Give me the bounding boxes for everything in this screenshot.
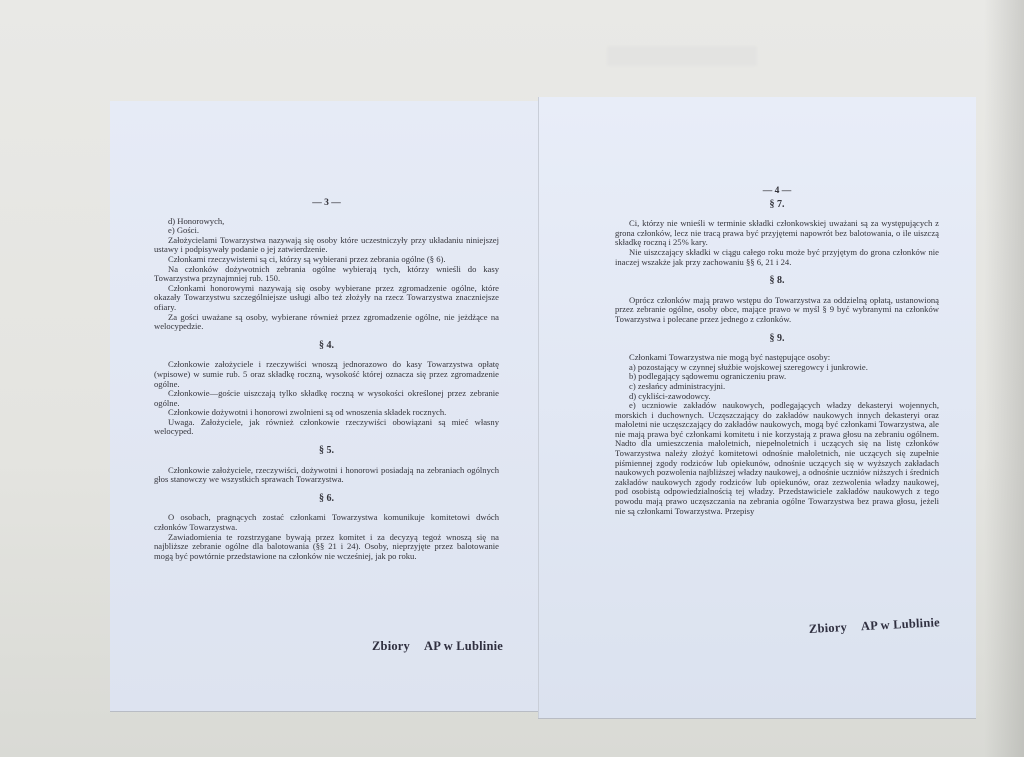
section-heading: § 8. bbox=[615, 276, 939, 286]
document-page-3: — 3 — d) Honorowych, e) Gości. Założycie… bbox=[110, 101, 540, 711]
stamp-text-collection: Zbiory bbox=[372, 639, 410, 653]
stamp-text-archive: AP w Lublinie bbox=[861, 615, 941, 633]
paragraph: Członkowie—goście uiszczają tylko składk… bbox=[154, 389, 499, 408]
paragraph: Ci, którzy nie wnieśli w terminie składk… bbox=[615, 219, 939, 248]
paragraph: Członkowie założyciele i rzeczywiści wno… bbox=[154, 360, 499, 389]
paragraph: Członkami honorowymi nazywają się osoby … bbox=[154, 284, 499, 313]
note-paragraph: Uwaga. Założyciele, jak również członkow… bbox=[154, 418, 499, 437]
stamp-text-archive: AP w Lublinie bbox=[424, 639, 503, 653]
list-item: d) Honorowych, bbox=[154, 217, 499, 227]
section-heading: § 7. bbox=[615, 200, 939, 210]
page-3-text: — 3 — d) Honorowych, e) Gości. Założycie… bbox=[154, 199, 499, 561]
stamp-text-collection: Zbiory bbox=[809, 620, 848, 636]
paragraph: Za gości uważane są osoby, wybierane rów… bbox=[154, 313, 499, 332]
background-shadow bbox=[984, 0, 1024, 757]
page-number: — 4 — bbox=[615, 187, 939, 197]
archive-stamp: ZbioryAP w Lublinie bbox=[372, 639, 503, 654]
paragraph: Oprócz członków mają prawo wstępu do Tow… bbox=[615, 296, 939, 325]
section-heading: § 9. bbox=[615, 334, 939, 344]
archive-stamp: ZbioryAP w Lublinie bbox=[809, 615, 941, 637]
section-heading: § 4. bbox=[154, 341, 499, 351]
paragraph: Zawiadomienia te rozstrzygane bywają prz… bbox=[154, 533, 499, 562]
list-item: e) uczniowie zakładów naukowych, podlega… bbox=[615, 401, 939, 516]
section-heading: § 6. bbox=[154, 494, 499, 504]
paragraph: Członkowie założyciele, rzeczywiści, doż… bbox=[154, 466, 499, 485]
paragraph: O osobach, pragnących zostać członkami T… bbox=[154, 513, 499, 532]
document-page-4: — 4 — § 7. Ci, którzy nie wnieśli w term… bbox=[538, 97, 976, 718]
paragraph: Na członków dożywotnich zebrania ogólne … bbox=[154, 265, 499, 284]
page-number: — 3 — bbox=[154, 199, 499, 209]
faded-background-text bbox=[607, 46, 757, 66]
paragraph: Nie uiszczający składki w ciągu całego r… bbox=[615, 248, 939, 267]
section-heading: § 5. bbox=[154, 446, 499, 456]
paragraph: Założycielami Towarzystwa nazywają się o… bbox=[154, 236, 499, 255]
page-4-text: — 4 — § 7. Ci, którzy nie wnieśli w term… bbox=[615, 187, 939, 516]
